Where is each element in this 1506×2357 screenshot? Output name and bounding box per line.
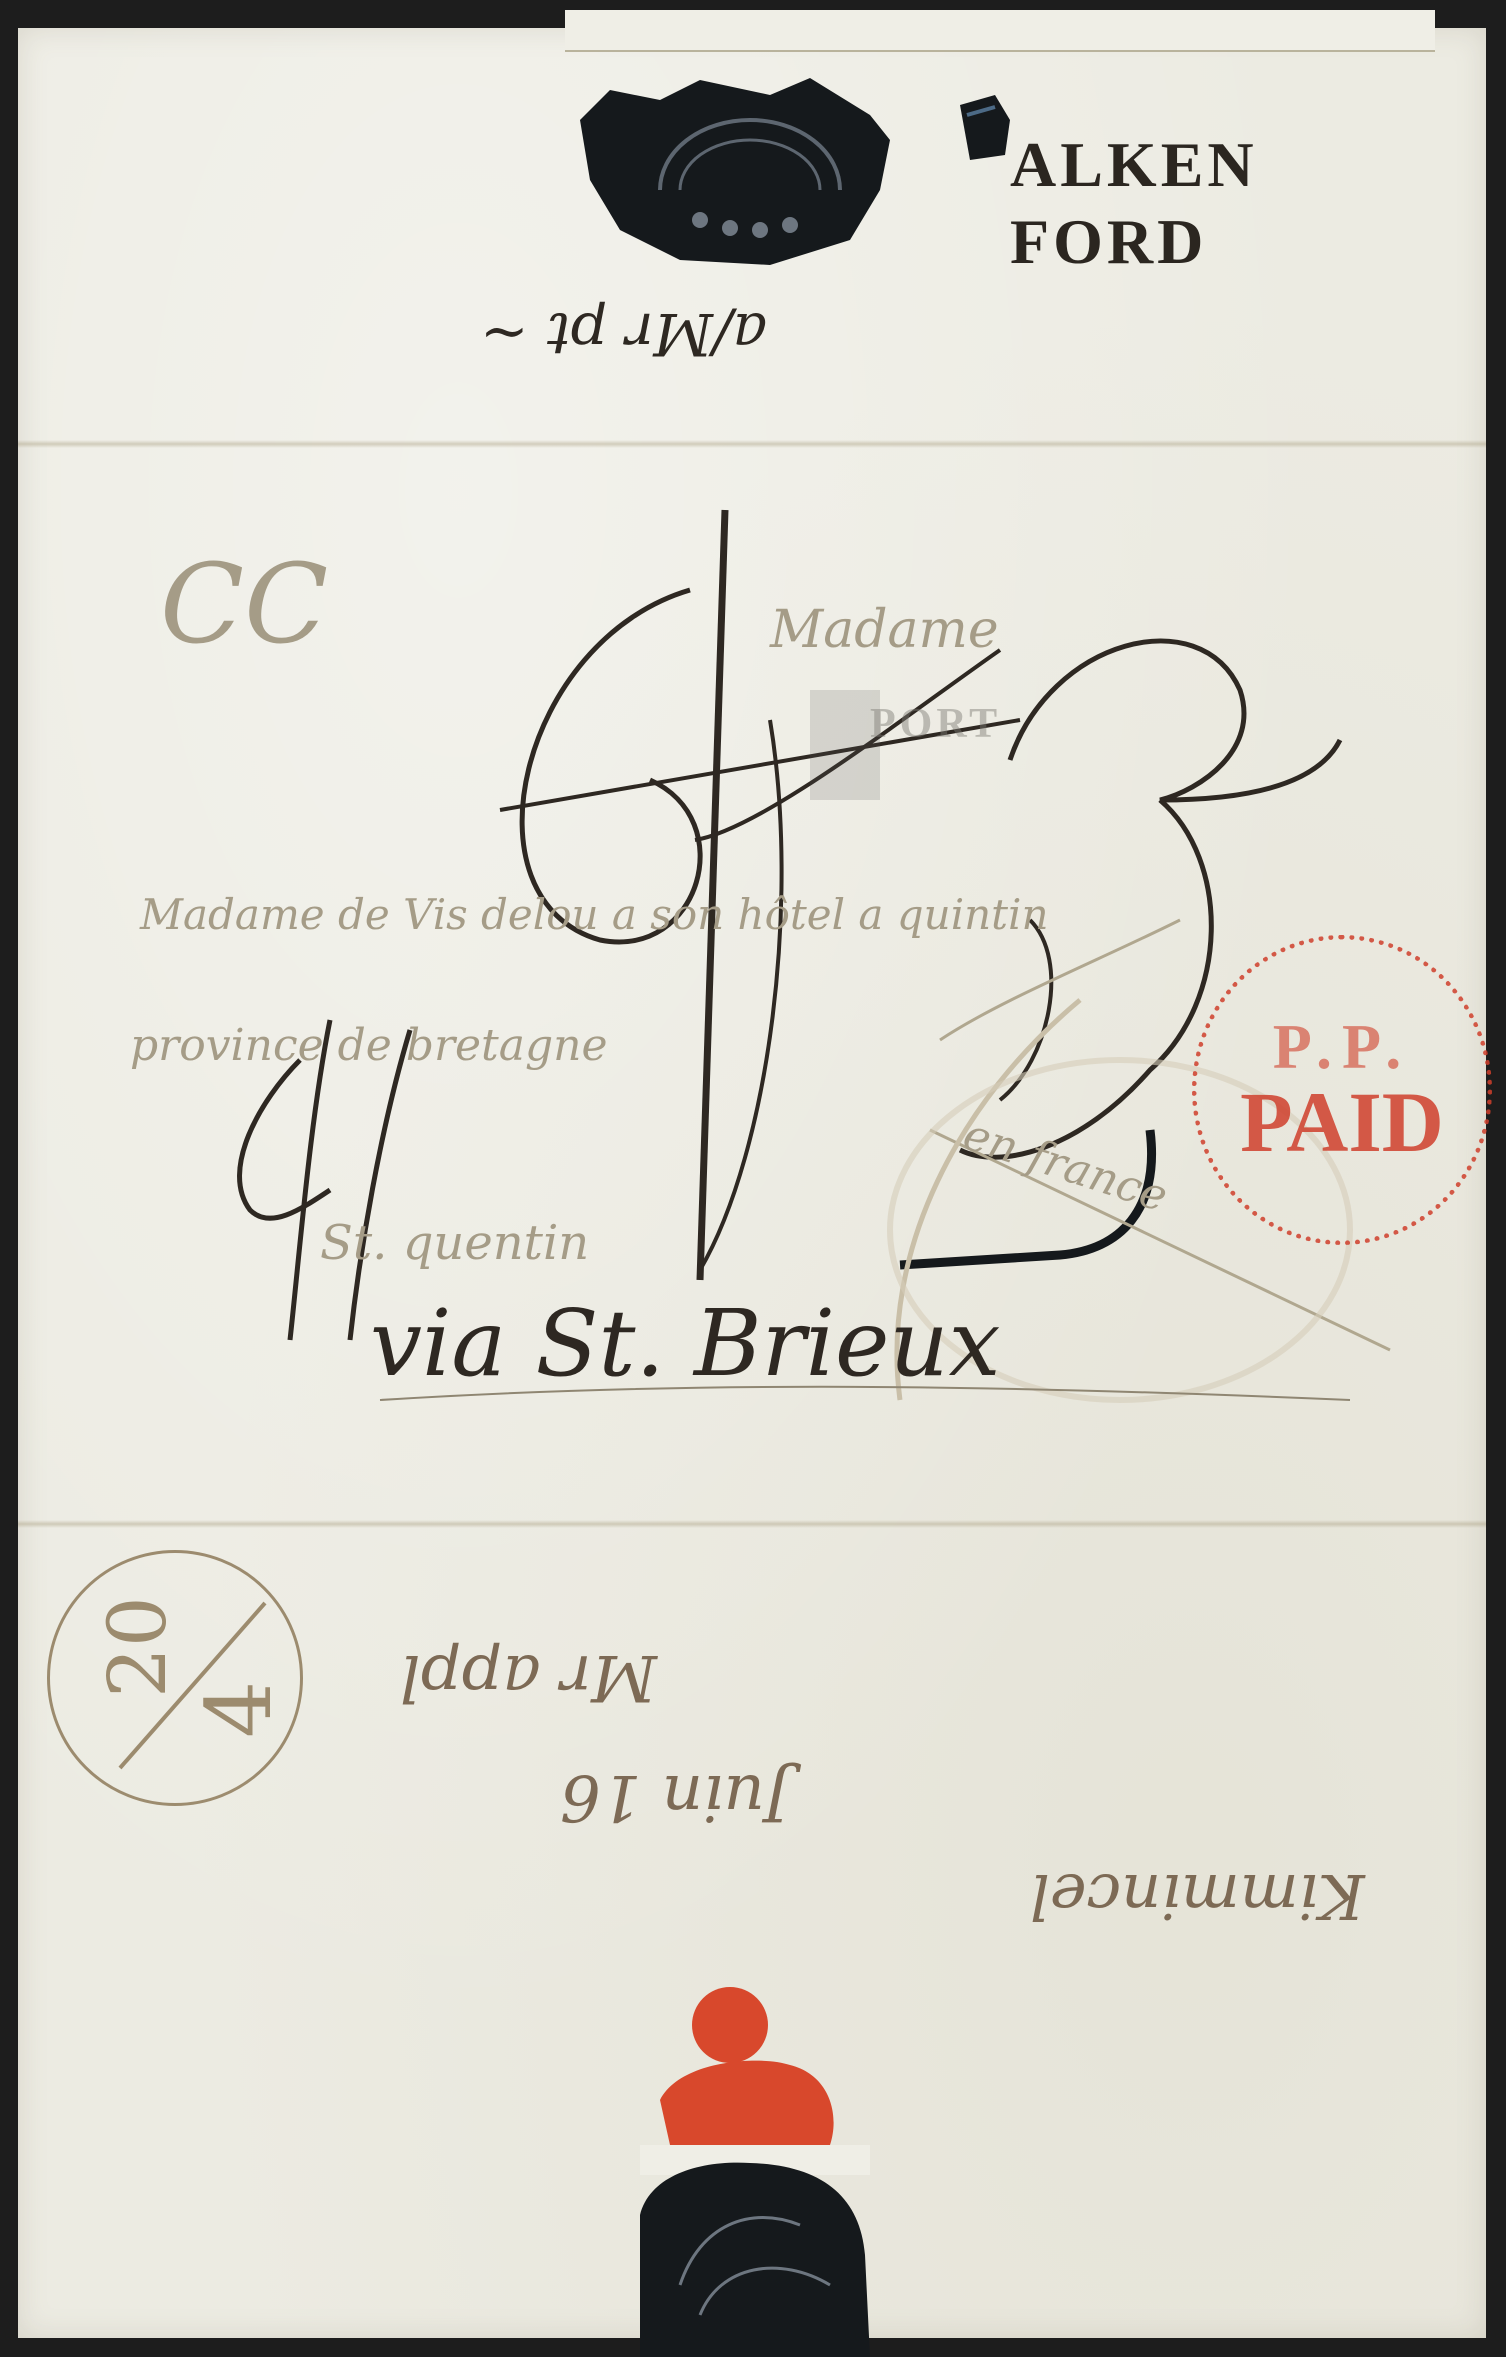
address-line-2: province de bretagne — [130, 1020, 608, 1071]
faint-handstamp: PORT — [870, 700, 1001, 748]
docket-line-3: Kimmincel — [1030, 1860, 1365, 1933]
black-wax-fragment — [955, 95, 1015, 165]
handstamp-town-line1: ALKEN — [1010, 128, 1258, 202]
forwarding-note: via St. Brieux — [370, 1290, 1001, 1397]
svg-text:20: 20 — [91, 1596, 184, 1698]
address-line-3: St. quentin — [320, 1215, 589, 1271]
circled-rate-mark: 20 4 20/4 — [47, 1550, 303, 1806]
handstamp-town-line2: FORD — [1010, 205, 1207, 279]
red-paid-handstamp: P.P. PAID — [1192, 935, 1492, 1245]
black-wax-seal-top — [570, 70, 930, 270]
svg-text:4: 4 — [187, 1681, 292, 1738]
paid-stamp-bottom: PAID — [1240, 1079, 1444, 1165]
docket-line-2: Juin 16 — [560, 1760, 790, 1834]
monogram: CC — [160, 540, 328, 668]
address-line-1: Madame de Vis delou a son hôtel a quinti… — [140, 890, 1049, 939]
red-and-black-wax-seal-bottom — [640, 1985, 870, 2357]
docket-line-1: Mr appl — [400, 1640, 657, 1714]
salutation: Madame — [770, 600, 999, 660]
rate-mark-strokes: 20 4 — [50, 1553, 300, 1803]
paid-stamp-top: P.P. — [1273, 1015, 1411, 1079]
top-inverted-note: a/Mr pt ~ — [480, 300, 767, 368]
